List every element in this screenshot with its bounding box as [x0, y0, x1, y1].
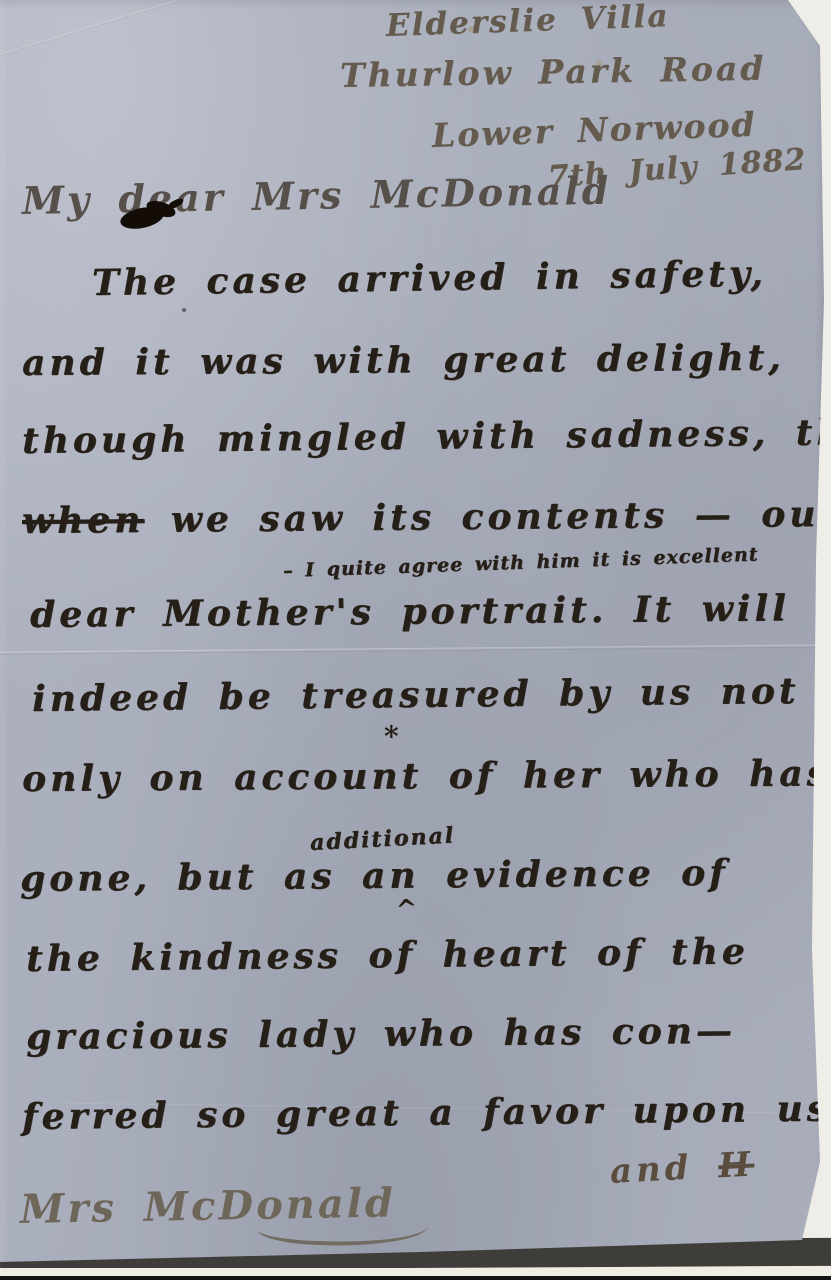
- struck-word: when: [22, 499, 145, 542]
- body-line-2: and it was with great delight,: [22, 337, 785, 384]
- paper-crease-top-left: [0, 0, 195, 64]
- interline-insertion-2: additional: [309, 822, 455, 856]
- paper-spot: [182, 308, 186, 312]
- catchword: and H: [609, 1144, 755, 1192]
- body-line-4-rest: we saw its contents — our: [144, 493, 831, 541]
- body-line-3: though mingled with sadness, that: [22, 411, 831, 462]
- insertion-text: I quite agree with him it is excellent: [293, 543, 759, 581]
- paper-fold-middle: [0, 644, 831, 654]
- body-line-10: gracious lady who has con—: [26, 1010, 736, 1058]
- body-line-5: dear Mother's portrait. It will: [30, 587, 790, 636]
- insertion-mark: –: [283, 560, 294, 582]
- signature-flourish: [258, 1213, 429, 1249]
- catchword-struck-letter: H: [717, 1144, 755, 1186]
- body-line-4: when we saw its contents — our: [22, 493, 831, 542]
- asterisk-mark: *: [384, 720, 403, 753]
- header-address-villa: Elderslie Villa: [385, 0, 670, 44]
- catchword-text: and: [609, 1146, 719, 1192]
- letter-scan: Elderslie Villa Thurlow Park Road Lower …: [0, 0, 831, 1280]
- letter-paper: Elderslie Villa Thurlow Park Road Lower …: [0, 0, 831, 1268]
- body-line-1: The case arrived in safety,: [92, 253, 767, 304]
- scan-edge-black-strip: [0, 1276, 831, 1280]
- scan-edge-white-strip: [0, 1268, 831, 1276]
- header-address-road: Thurlow Park Road: [340, 49, 767, 95]
- body-line-11: ferred so great a favor upon us,: [22, 1087, 831, 1138]
- body-line-7: only on account of her who has: [22, 752, 831, 800]
- body-line-6: indeed be treasured by us not: [32, 670, 800, 720]
- salutation: My dear Mrs McDonald: [22, 168, 612, 223]
- body-line-8: gone, but as an evidence of: [20, 852, 729, 900]
- ink-blot: [116, 198, 186, 232]
- body-line-9: the kindness of heart of the: [26, 930, 749, 980]
- caret-mark: ^: [394, 893, 423, 926]
- header-address-town: Lower Norwood: [431, 105, 757, 155]
- interline-insertion-1: – I quite agree with him it is excellent: [283, 543, 759, 582]
